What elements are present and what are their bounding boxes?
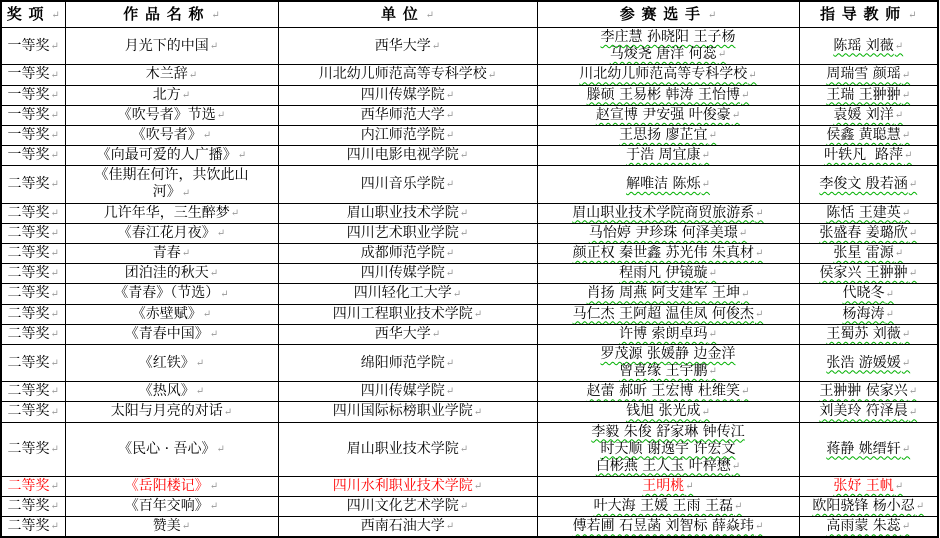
work-title-text: 木兰辞	[146, 66, 197, 82]
teachers-text: 蒋静 姚缙轩	[826, 441, 910, 457]
contestants-cell: 川北幼儿师范高等专科学校	[537, 65, 799, 85]
unit-text: 四川艺术职业学院	[347, 225, 468, 241]
contestants-cell: 肖扬 周燕 阿支建军 王坤	[537, 284, 799, 304]
award-cell: 二等奖	[1, 244, 65, 264]
table-row: 二等奖 太阳与月亮的对话 四川国际标榜职业学院 钱旭 张光成 刘美玲 符泽晨	[1, 402, 938, 422]
work-title-text: 太阳与月亮的对话	[111, 403, 232, 419]
award-cell: 二等奖	[1, 382, 65, 402]
award-cell: 一等奖	[1, 126, 65, 146]
teachers-cell: 张浩 游媛媛	[799, 345, 938, 382]
unit-text: 四川传媒学院	[361, 265, 454, 281]
unit-cell: 成都师范学院	[278, 244, 537, 264]
work-cell: 《吹号者》	[65, 126, 278, 146]
unit-cell: 绵阳师范学院	[278, 345, 537, 382]
column-header-award: 奖项	[1, 1, 65, 28]
teachers-cell: 袁媛 刘洋	[799, 105, 938, 125]
award-cell: 二等奖	[1, 304, 65, 324]
unit-text: 成都师范学院	[361, 245, 454, 261]
unit-cell: 四川水利职业技术学院	[278, 476, 537, 496]
teachers-text: 代晓冬	[843, 285, 894, 301]
award-text: 一等奖	[8, 127, 59, 143]
award-cell: 二等奖	[1, 203, 65, 223]
award-cell: 二等奖	[1, 345, 65, 382]
work-cell: 几许年华，三生醉梦	[65, 203, 278, 223]
table-row: 二等奖 《青春》（节选） 四川轻化工大学 肖扬 周燕 阿支建军 王坤 代晓冬	[1, 284, 938, 304]
unit-cell: 四川文化艺术学院	[278, 497, 537, 517]
work-title-text: 赞美	[153, 518, 190, 534]
award-text: 二等奖	[8, 383, 59, 399]
column-header-contestants-label: 参赛选手	[620, 5, 716, 23]
table-row: 二等奖 《民心 · 吾心》 眉山职业技术学院 李毅 朱俊 舒家琳 钟传江 时天顺…	[1, 422, 938, 476]
teachers-cell: 刘美玲 符泽晨	[799, 402, 938, 422]
work-title-text: 《春江花月夜》	[118, 225, 225, 241]
award-cell: 二等奖	[1, 497, 65, 517]
work-title-text: 《红铁》	[139, 355, 204, 371]
award-text: 一等奖	[8, 66, 59, 82]
table-row: 一等奖 《吹号者》 内江师范学院 王思扬 廖芷宜 侯鑫 黄聪慧	[1, 126, 938, 146]
work-cell: 《吹号者》节选	[65, 105, 278, 125]
unit-text: 四川传媒学院	[361, 87, 454, 103]
unit-text: 川北幼儿师范高等专科学校	[319, 66, 496, 82]
work-cell: 赞美	[65, 517, 278, 537]
award-cell: 二等奖	[1, 284, 65, 304]
teachers-cell: 张妤 王帆	[799, 476, 938, 496]
teachers-cell: 王翀翀 侯家兴	[799, 382, 938, 402]
award-cell: 一等奖	[1, 105, 65, 125]
contestants-text: 马仁杰 王阿超 温佳凤 何俊杰	[573, 306, 764, 322]
teachers-cell: 周瑞雪 颜瑶	[799, 65, 938, 85]
work-title-text: 团泊洼的秋天	[125, 265, 218, 281]
table-row: 一等奖 《吹号者》节选 西华师范大学 赵宣博 尹安强 叶俊豪 袁媛 刘洋	[1, 105, 938, 125]
table-row: 二等奖 《赤壁赋》 四川工程职业技术学院 马仁杰 王阿超 温佳凤 何俊杰 杨海涛	[1, 304, 938, 324]
award-text: 二等奖	[8, 285, 59, 301]
contestants-cell: 赵宣博 尹安强 叶俊豪	[537, 105, 799, 125]
unit-text: 四川电影电视学院	[347, 147, 468, 163]
work-cell: 《青春中国》	[65, 324, 278, 344]
teachers-cell: 张盛春 姜璐欣	[799, 223, 938, 243]
unit-cell: 四川轻化工大学	[278, 284, 537, 304]
work-cell: 《佳期在何许，共饮此山 河》	[65, 166, 278, 203]
table-row: 二等奖 几许年华，三生醉梦 眉山职业技术学院 眉山职业技术学院商贸旅游系 陈恬 …	[1, 203, 938, 223]
work-cell: 《民心 · 吾心》	[65, 422, 278, 476]
unit-cell: 四川艺术职业学院	[278, 223, 537, 243]
header-row: 奖项 作品名称 单位 参赛选手 指导教师	[1, 1, 938, 28]
contestants-cell: 叶大海 王媛 王雨 王磊	[537, 497, 799, 517]
award-text: 二等奖	[8, 245, 59, 261]
work-title-text: 月光下的中国	[125, 38, 218, 54]
work-cell: 团泊洼的秋天	[65, 264, 278, 284]
contestants-cell: 钱旭 张光成	[537, 402, 799, 422]
award-text: 一等奖	[8, 38, 59, 54]
teachers-text: 刘美玲 符泽晨	[819, 403, 917, 419]
unit-text: 眉山职业技术学院	[347, 441, 468, 457]
contestants-text: 滕硕 王易彬 韩涛 王怡博	[587, 87, 750, 103]
award-text: 二等奖	[8, 306, 59, 322]
award-text: 二等奖	[8, 441, 59, 457]
teachers-cell: 王蜀苏 刘薇	[799, 324, 938, 344]
teachers-cell: 代晓冬	[799, 284, 938, 304]
table-row: 一等奖 北方 四川传媒学院 滕硕 王易彬 韩涛 王怡博 王瑞 王翀翀	[1, 85, 938, 105]
award-text: 二等奖	[8, 326, 59, 342]
unit-text: 内江师范学院	[361, 127, 454, 143]
contestants-cell: 于浩 周宜康	[537, 146, 799, 166]
teachers-text: 王蜀苏 刘薇	[826, 326, 910, 342]
work-cell: 《赤壁赋》	[65, 304, 278, 324]
contestants-cell: 马仁杰 王阿超 温佳凤 何俊杰	[537, 304, 799, 324]
teachers-text: 周瑞雪 颜瑶	[826, 66, 910, 82]
unit-cell: 四川传媒学院	[278, 85, 537, 105]
contestants-text: 王明桃	[642, 478, 693, 494]
contestants-text: 解唯洁 陈烁	[626, 176, 710, 192]
contestants-cell: 许博 索朗卓玛	[537, 324, 799, 344]
column-header-unit-label: 单位	[381, 5, 434, 23]
teachers-cell: 陈恬 王建英	[799, 203, 938, 223]
table-row: 一等奖 《向最可爱的人广播》 四川电影电视学院 于浩 周宜康 叶轶凡 路萍	[1, 146, 938, 166]
table-row: 二等奖 团泊洼的秋天 四川传媒学院 程雨凡 伊镜璇 侯家兴 王翀翀	[1, 264, 938, 284]
contestants-cell: 罗茂源 张媛静 边金洋 曾喜缘 王宇鹏	[537, 345, 799, 382]
unit-cell: 四川传媒学院	[278, 264, 537, 284]
work-title-text: 北方	[153, 87, 190, 103]
award-text: 二等奖	[8, 176, 59, 192]
work-title-text: 《吹号者》	[132, 127, 211, 143]
table-row: 一等奖 木兰辞 川北幼儿师范高等专科学校 川北幼儿师范高等专科学校 周瑞雪 颜瑶	[1, 65, 938, 85]
teachers-text: 高雨蒙 朱蕊	[826, 518, 910, 534]
contestants-text: 颜正权 秦世鑫 苏光伟 朱真材	[573, 245, 764, 261]
work-cell: 《向最可爱的人广播》	[65, 146, 278, 166]
contestants-cell: 滕硕 王易彬 韩涛 王怡博	[537, 85, 799, 105]
work-cell: 《春江花月夜》	[65, 223, 278, 243]
table-row: 二等奖 《佳期在何许，共饮此山 河》 四川音乐学院 解唯洁 陈烁 李俊文 殷若涵	[1, 166, 938, 203]
contestants-text: 赵蕾 郝昕 王宏博 杜维笑	[587, 383, 750, 399]
contestants-text: 许博 索朗卓玛	[619, 326, 717, 342]
unit-cell: 眉山职业技术学院	[278, 422, 537, 476]
teachers-text: 侯家兴 王翀翀	[819, 265, 917, 281]
award-cell: 一等奖	[1, 28, 65, 65]
teachers-text: 张妤 王帆	[833, 478, 903, 494]
teachers-text: 李俊文 殷若涵	[819, 176, 917, 192]
teachers-text: 侯鑫 黄聪慧	[826, 127, 910, 143]
award-text: 二等奖	[8, 518, 59, 534]
work-cell: 太阳与月亮的对话	[65, 402, 278, 422]
award-cell: 二等奖	[1, 166, 65, 203]
contestants-cell: 程雨凡 伊镜璇	[537, 264, 799, 284]
work-title-text: 《青春中国》	[125, 326, 218, 342]
contestants-text: 钱旭 张光成	[626, 403, 710, 419]
unit-cell: 四川电影电视学院	[278, 146, 537, 166]
table-row: 二等奖 《红铁》 绵阳师范学院 罗茂源 张媛静 边金洋 曾喜缘 王宇鹏 张浩 游…	[1, 345, 938, 382]
unit-text: 四川音乐学院	[361, 176, 454, 192]
award-text: 二等奖	[8, 355, 59, 371]
contestants-cell: 李庄慧 孙晓阳 王子杨 马焌尧 唐洋 何蕊	[537, 28, 799, 65]
award-text: 二等奖	[8, 478, 59, 494]
award-cell: 二等奖	[1, 264, 65, 284]
work-title-text: 《热风》	[139, 383, 204, 399]
award-cell: 二等奖	[1, 402, 65, 422]
unit-text: 四川文化艺术学院	[347, 498, 468, 514]
teachers-text: 张星 雷源	[833, 245, 903, 261]
work-cell: 北方	[65, 85, 278, 105]
award-text: 一等奖	[8, 147, 59, 163]
contestants-text: 李庄慧 孙晓阳 王子杨 马焌尧 唐洋 何蕊	[601, 29, 736, 62]
unit-text: 四川轻化工大学	[354, 285, 461, 301]
unit-cell: 西华大学	[278, 28, 537, 65]
contestants-cell: 解唯洁 陈烁	[537, 166, 799, 203]
work-cell: 《百年交响》	[65, 497, 278, 517]
award-cell: 二等奖	[1, 324, 65, 344]
work-cell: 《红铁》	[65, 345, 278, 382]
unit-text: 西华大学	[375, 326, 440, 342]
work-title-text: 《佳期在何许，共饮此山 河》	[95, 167, 249, 200]
table-header: 奖项 作品名称 单位 参赛选手 指导教师	[1, 1, 938, 28]
award-cell: 一等奖	[1, 65, 65, 85]
unit-text: 西华大学	[375, 38, 440, 54]
contestants-cell: 眉山职业技术学院商贸旅游系	[537, 203, 799, 223]
unit-text: 绵阳师范学院	[361, 355, 454, 371]
teachers-cell: 杨海涛	[799, 304, 938, 324]
unit-cell: 西华大学	[278, 324, 537, 344]
table-row: 二等奖 《青春中国》 西华大学 许博 索朗卓玛 王蜀苏 刘薇	[1, 324, 938, 344]
teachers-cell: 李俊文 殷若涵	[799, 166, 938, 203]
unit-cell: 西华师范大学	[278, 105, 537, 125]
work-cell: 《青春》（节选）	[65, 284, 278, 304]
table-row: 二等奖 《热风》 四川传媒学院 赵蕾 郝昕 王宏博 杜维笑 王翀翀 侯家兴	[1, 382, 938, 402]
teachers-cell: 蒋静 姚缙轩	[799, 422, 938, 476]
unit-text: 四川国际标榜职业学院	[333, 403, 482, 419]
award-text: 一等奖	[8, 87, 59, 103]
unit-text: 西南石油大学	[361, 518, 454, 534]
column-header-contestants: 参赛选手	[537, 1, 799, 28]
contestants-text: 叶大海 王媛 王雨 王磊	[594, 498, 743, 514]
contestants-text: 赵宣博 尹安强 叶俊豪	[596, 107, 740, 123]
work-title-text: 《百年交响》	[125, 498, 218, 514]
award-cell: 二等奖	[1, 223, 65, 243]
contestants-cell: 马怡婷 尹珍珠 何泽美璟	[537, 223, 799, 243]
award-cell: 一等奖	[1, 85, 65, 105]
contestants-cell: 颜正权 秦世鑫 苏光伟 朱真材	[537, 244, 799, 264]
table-row: 一等奖 月光下的中国 西华大学 李庄慧 孙晓阳 王子杨 马焌尧 唐洋 何蕊 陈瑶…	[1, 28, 938, 65]
work-title-text: 《岳阳楼记》	[125, 478, 218, 494]
contestants-cell: 傅若圃 石昱菡 刘智标 薛焱玮	[537, 517, 799, 537]
contestants-text: 川北幼儿师范高等专科学校	[579, 66, 756, 82]
teachers-text: 叶轶凡 路萍	[824, 147, 912, 163]
column-header-teachers: 指导教师	[799, 1, 938, 28]
contestants-text: 于浩 周宜康	[626, 147, 710, 163]
award-cell: 二等奖	[1, 476, 65, 496]
table-row: 二等奖 《春江花月夜》 四川艺术职业学院 马怡婷 尹珍珠 何泽美璟 张盛春 姜璐…	[1, 223, 938, 243]
table-row: 二等奖 《岳阳楼记》 四川水利职业技术学院 王明桃 张妤 王帆	[1, 476, 938, 496]
work-cell: 月光下的中国	[65, 28, 278, 65]
award-text: 二等奖	[8, 498, 59, 514]
teachers-text: 陈恬 王建英	[826, 205, 910, 221]
award-cell: 二等奖	[1, 517, 65, 537]
contestants-cell: 李毅 朱俊 舒家琳 钟传江 时天顺 谢逸宇 许宏文 白彬燕 王人玉 叶梓懋	[537, 422, 799, 476]
teachers-text: 张浩 游媛媛	[826, 355, 910, 371]
contestants-cell: 赵蕾 郝昕 王宏博 杜维笑	[537, 382, 799, 402]
work-title-text: 几许年华，三生醉梦	[104, 205, 239, 221]
award-cell: 二等奖	[1, 422, 65, 476]
teachers-cell: 高雨蒙 朱蕊	[799, 517, 938, 537]
unit-cell: 四川国际标榜职业学院	[278, 402, 537, 422]
work-cell: 《热风》	[65, 382, 278, 402]
teachers-text: 袁媛 刘洋	[833, 107, 903, 123]
teachers-cell: 欧阳骁锋 杨小忍	[799, 497, 938, 517]
award-text: 二等奖	[8, 225, 59, 241]
teachers-text: 欧阳骁锋 杨小忍	[812, 498, 924, 514]
unit-text: 眉山职业技术学院	[347, 205, 468, 221]
results-table-body: 一等奖 月光下的中国 西华大学 李庄慧 孙晓阳 王子杨 马焌尧 唐洋 何蕊 陈瑶…	[1, 28, 938, 537]
unit-cell: 西南石油大学	[278, 517, 537, 537]
column-header-unit: 单位	[278, 1, 537, 28]
document-page: 奖项 作品名称 单位 参赛选手 指导教师 一等奖 月光下的中国 西华大学 李庄慧…	[0, 0, 940, 537]
work-title-text: 《向最可爱的人广播》	[97, 147, 246, 163]
work-title-text: 《吹号者》节选	[118, 107, 225, 123]
work-cell: 《岳阳楼记》	[65, 476, 278, 496]
contestants-text: 罗茂源 张媛静 边金洋 曾喜缘 王宇鹏	[601, 346, 736, 379]
teachers-text: 王瑞 王翀翀	[826, 87, 910, 103]
work-title-text: 《赤壁赋》	[132, 306, 211, 322]
unit-text: 四川水利职业技术学院	[333, 478, 482, 494]
work-title-text: 《青春》（节选）	[114, 285, 228, 301]
work-title-text: 青春	[153, 245, 190, 261]
award-cell: 一等奖	[1, 146, 65, 166]
unit-cell: 四川传媒学院	[278, 382, 537, 402]
teachers-text: 王翀翀 侯家兴	[819, 383, 917, 399]
unit-text: 四川工程职业技术学院	[333, 306, 482, 322]
column-header-work-label: 作品名称	[123, 5, 219, 23]
teachers-text: 陈瑶 刘薇	[833, 38, 903, 54]
teachers-cell: 侯鑫 黄聪慧	[799, 126, 938, 146]
table-row: 二等奖 赞美 西南石油大学 傅若圃 石昱菡 刘智标 薛焱玮 高雨蒙 朱蕊	[1, 517, 938, 537]
contestants-text: 李毅 朱俊 舒家琳 钟传江 时天顺 谢逸宇 许宏文 白彬燕 王人玉 叶梓懋	[591, 424, 744, 474]
results-table: 奖项 作品名称 单位 参赛选手 指导教师 一等奖 月光下的中国 西华大学 李庄慧…	[0, 0, 939, 537]
teachers-text: 杨海涛	[843, 306, 894, 322]
column-header-work: 作品名称	[65, 1, 278, 28]
work-cell: 木兰辞	[65, 65, 278, 85]
teachers-cell: 陈瑶 刘薇	[799, 28, 938, 65]
unit-cell: 眉山职业技术学院	[278, 203, 537, 223]
column-header-teachers-label: 指导教师	[820, 5, 916, 23]
award-text: 二等奖	[8, 265, 59, 281]
teachers-cell: 张星 雷源	[799, 244, 938, 264]
unit-cell: 川北幼儿师范高等专科学校	[278, 65, 537, 85]
work-title-text: 《民心 · 吾心》	[118, 441, 225, 457]
column-header-award-label: 奖项	[7, 5, 60, 23]
contestants-text: 肖扬 周燕 阿支建军 王坤	[587, 285, 750, 301]
table-row: 二等奖 《百年交响》 四川文化艺术学院 叶大海 王媛 王雨 王磊 欧阳骁锋 杨小…	[1, 497, 938, 517]
unit-cell: 内江师范学院	[278, 126, 537, 146]
unit-cell: 四川音乐学院	[278, 166, 537, 203]
contestants-cell: 王思扬 廖芷宜	[537, 126, 799, 146]
award-text: 一等奖	[8, 107, 59, 123]
award-text: 二等奖	[8, 403, 59, 419]
teachers-cell: 王瑞 王翀翀	[799, 85, 938, 105]
contestants-text: 眉山职业技术学院商贸旅游系	[572, 205, 763, 221]
contestants-cell: 王明桃	[537, 476, 799, 496]
teachers-cell: 侯家兴 王翀翀	[799, 264, 938, 284]
contestants-text: 傅若圃 石昱菡 刘智标 薛焱玮	[573, 518, 764, 534]
unit-cell: 四川工程职业技术学院	[278, 304, 537, 324]
table-row: 二等奖 青春 成都师范学院 颜正权 秦世鑫 苏光伟 朱真材 张星 雷源	[1, 244, 938, 264]
work-cell: 青春	[65, 244, 278, 264]
award-text: 二等奖	[8, 205, 59, 221]
contestants-text: 马怡婷 尹珍珠 何泽美璟	[589, 225, 747, 241]
teachers-cell: 叶轶凡 路萍	[799, 146, 938, 166]
teachers-text: 张盛春 姜璐欣	[819, 225, 917, 241]
contestants-text: 王思扬 廖芷宜	[619, 127, 717, 143]
unit-text: 四川传媒学院	[361, 383, 454, 399]
contestants-text: 程雨凡 伊镜璇	[619, 265, 717, 281]
unit-text: 西华师范大学	[361, 107, 454, 123]
